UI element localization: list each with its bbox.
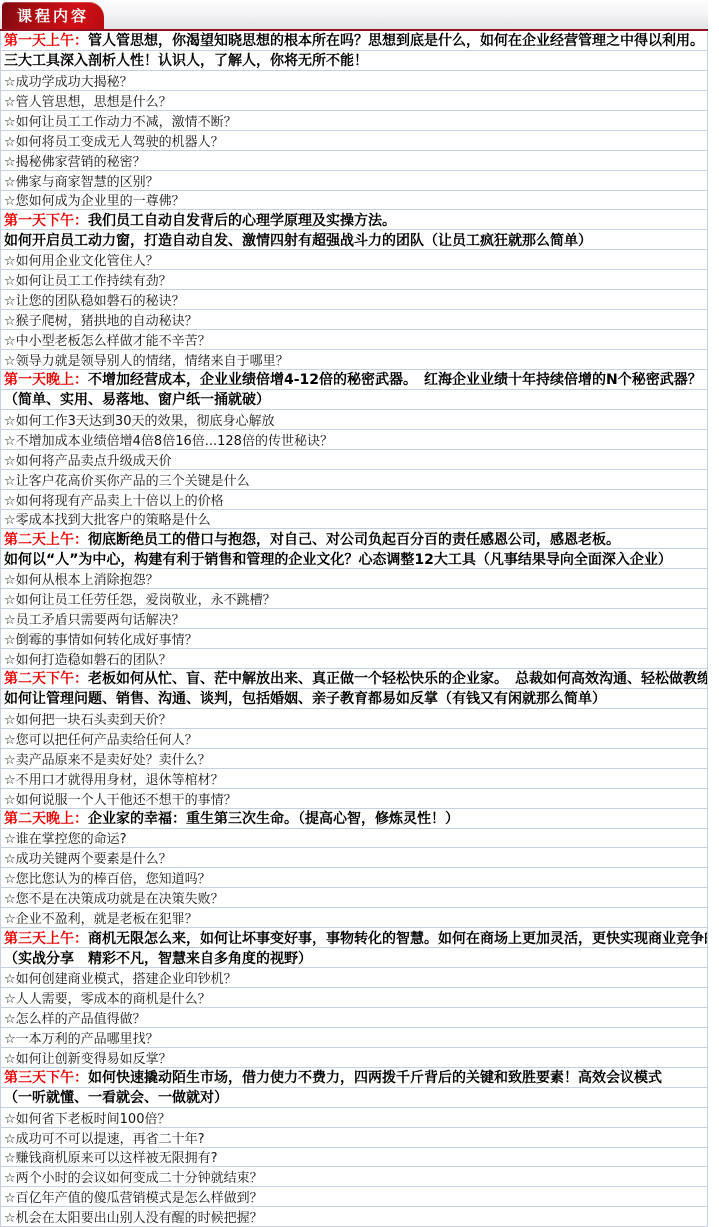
row-text: ☆猴子爬树，猪拱地的自动秘诀？	[4, 310, 198, 329]
section-label: 第一天晚上：	[4, 370, 88, 389]
row-text: ☆如何让创新变得易如反掌？	[4, 1048, 172, 1067]
row-text: 我们员工自动自发背后的心理学原理及实操方法。	[88, 210, 396, 229]
row-text: ☆如何把一块石头卖到天价？	[4, 709, 172, 728]
row-text: ☆企业不盈利，就是老板在犯罪？	[4, 908, 198, 927]
course-content-tab: 课程内容	[2, 2, 104, 29]
row-text: ☆不增加成本业绩倍增4倍8倍16倍...128倍的传世秘诀？	[4, 430, 333, 449]
item-row: ☆不增加成本业绩倍增4倍8倍16倍...128倍的传世秘诀？	[1, 430, 707, 450]
tab-label: 课程内容	[17, 5, 89, 26]
item-row: ☆管人管思想，思想是什么？	[1, 91, 707, 111]
row-text: ☆让客户花高价买你产品的三个关键是什么	[4, 470, 250, 489]
item-row: ☆您比您认为的棒百倍，您知道吗？	[1, 868, 707, 888]
header-band: 课程内容	[0, 0, 708, 31]
row-text: 如何快速撬动陌生市场，借力使力不费力，四两拨千斤背后的关键和致胜要素！高效会议模…	[88, 1068, 662, 1087]
row-text: ☆谁在掌控您的命运?	[4, 829, 127, 848]
course-content-page: 课程内容 第一天上午：管人管思想，你渴望知晓思想的根本所在吗？思想到底是什么，如…	[0, 0, 719, 1227]
row-text: 如何让管理问题、销售、沟通、谈判，包括婚姻、亲子教育都易如反掌（有钱又有闲就那么…	[4, 689, 606, 708]
section-label: 第一天上午：	[4, 31, 88, 50]
section-row: 第二天下午：老板如何从忙、盲、茫中解放出来、真正做一个轻松快乐的企业家。 总裁如…	[1, 669, 707, 689]
section-label: 第二天上午：	[4, 529, 88, 548]
row-text: ☆成功关键两个要素是什么？	[4, 848, 172, 867]
item-row: ☆中小型老板怎么样做才能不辛苦？	[1, 330, 707, 350]
row-text: ☆成功可不可以提速，再省二十年?	[4, 1128, 205, 1147]
row-text: ☆如何省下老板时间100倍？	[4, 1108, 170, 1127]
item-row: ☆佛家与商家智慧的区别？	[1, 171, 707, 191]
item-row: ☆如何将产品卖点升级成天价	[1, 450, 707, 470]
section-label: 第三天下午：	[4, 1068, 88, 1087]
row-text: 彻底断绝员工的借口与抱怨，对自己、对公司负起百分百的责任感恩公司，感恩老板。	[88, 529, 620, 548]
row-text: 如何以“人”为中心，构建有利于销售和管理的企业文化？心态调整12大工具（凡事结果…	[4, 549, 672, 568]
row-text: ☆如何创建商业模式，搭建企业印钞机？	[4, 968, 237, 987]
item-row: ☆如何创建商业模式，搭建企业印钞机？	[1, 968, 707, 988]
item-row: ☆让您的团队稳如磐石的秘诀？	[1, 290, 707, 310]
row-text: ☆员工矛盾只需要两句话解决？	[4, 609, 185, 628]
row-text: 商机无限怎么来，如何让坏事变好事，事物转化的智慧。如何在商场上更加灵活，更快实现…	[88, 928, 707, 947]
row-text: 如何开启员工动力窗，打造自动自发、激情四射有超强战斗力的团队（让员工疯狂就那么简…	[4, 230, 592, 249]
row-text: 三大工具深入剖析人性！认识人，了解人，你将无所不能！	[4, 51, 368, 70]
item-row: ☆如何让员工工作持续有劲？	[1, 270, 707, 290]
item-row: ☆人人需要，零成本的商机是什么？	[1, 988, 707, 1008]
item-row: ☆如何让创新变得易如反掌？	[1, 1048, 707, 1068]
row-text: ☆如何让员工工作持续有劲？	[4, 270, 172, 289]
row-text: ☆领导力就是领导别人的情绪，情绪来自于哪里？	[4, 350, 289, 369]
row-text: 老板如何从忙、盲、茫中解放出来、真正做一个轻松快乐的企业家。 总裁如何高效沟通、…	[88, 669, 707, 688]
item-row: ☆成功可不可以提速，再省二十年?	[1, 1128, 707, 1148]
row-text: （一听就懂、一看就会、一做就对）	[4, 1088, 228, 1107]
row-text: ☆一本万利的产品哪里找？	[4, 1028, 159, 1047]
row-text: 不增加经营成本，企业业绩倍增4-12倍的秘密武器。 红海企业业绩十年持续倍增的N…	[88, 370, 702, 389]
row-text: ☆如何打造稳如磐石的团队？	[4, 649, 172, 668]
item-row: ☆如何从根本上消除抱怨？	[1, 569, 707, 589]
item-row: ☆员工矛盾只需要两句话解决？	[1, 609, 707, 629]
section-row: 第一天上午：管人管思想，你渴望知晓思想的根本所在吗？思想到底是什么，如何在企业经…	[1, 31, 707, 51]
section-row: 第一天下午：我们员工自动自发背后的心理学原理及实操方法。	[1, 210, 707, 230]
row-text: ☆如何用企业文化管住人？	[4, 250, 159, 269]
item-row: ☆揭秘佛家营销的秘密？	[1, 151, 707, 171]
item-row: ☆如何把一块石头卖到天价？	[1, 709, 707, 729]
row-text: ☆百亿年产值的傻瓜营销模式是怎么样做到？	[4, 1187, 263, 1206]
item-row: ☆怎么样的产品值得做？	[1, 1008, 707, 1028]
item-row: ☆机会在太阳要出山别人没有醒的时候把握？	[1, 1207, 707, 1227]
item-row: ☆成功学成功大揭秘？	[1, 71, 707, 91]
subtitle-row: （简单、实用、易落地、窗户纸一捅就破）	[1, 390, 707, 410]
item-row: ☆猴子爬树，猪拱地的自动秘诀？	[1, 310, 707, 330]
row-text: ☆赚钱商机原来可以这样被无限拥有?	[4, 1148, 218, 1167]
row-text: ☆两个小时的会议如何变成二十分钟就结束？	[4, 1167, 263, 1186]
item-row: ☆不用口才就得用身材，退休等棺材？	[1, 769, 707, 789]
section-row: 第三天上午：商机无限怎么来，如何让坏事变好事，事物转化的智慧。如何在商场上更加灵…	[1, 928, 707, 948]
subtitle-row: 如何让管理问题、销售、沟通、谈判，包括婚姻、亲子教育都易如反掌（有钱又有闲就那么…	[1, 689, 707, 709]
item-row: ☆如何打造稳如磐石的团队？	[1, 649, 707, 669]
row-text: ☆零成本找到大批客户的策略是什么	[4, 510, 211, 529]
row-text: （简单、实用、易落地、窗户纸一捅就破）	[4, 390, 270, 409]
section-label: 第二天晚上：	[4, 809, 88, 828]
item-row: ☆谁在掌控您的命运?	[1, 829, 707, 849]
row-text: ☆您不是在决策成功就是在决策失败？	[4, 888, 224, 907]
row-text: ☆管人管思想，思想是什么？	[4, 91, 172, 110]
section-row: 第一天晚上：不增加经营成本，企业业绩倍增4-12倍的秘密武器。 红海企业业绩十年…	[1, 370, 707, 390]
row-text: 企业家的幸福：重生第三次生命。（提高心智，修炼灵性！）	[88, 809, 459, 828]
row-text: ☆如何将现有产品卖上十倍以上的价格	[4, 490, 224, 509]
section-label: 第二天下午：	[4, 669, 88, 688]
item-row: ☆如何将现有产品卖上十倍以上的价格	[1, 490, 707, 510]
item-row: ☆倒霉的事情如何转化成好事情？	[1, 629, 707, 649]
item-row: ☆您可以把任何产品卖给任何人？	[1, 729, 707, 749]
item-row: ☆企业不盈利，就是老板在犯罪？	[1, 908, 707, 928]
section-row: 第二天晚上：企业家的幸福：重生第三次生命。（提高心智，修炼灵性！）	[1, 809, 707, 829]
row-text: ☆您可以把任何产品卖给任何人？	[4, 729, 198, 748]
item-row: ☆成功关键两个要素是什么？	[1, 848, 707, 868]
row-text: ☆如何让员工任劳任怨，爱岗敬业，永不跳槽？	[4, 589, 276, 608]
item-row: ☆如何说服一个人干他还不想干的事情？	[1, 789, 707, 809]
row-text: ☆如何从根本上消除抱怨？	[4, 569, 159, 588]
row-text: ☆成功学成功大揭秘？	[4, 71, 133, 90]
row-text: ☆如何将员工变成无人驾驶的机器人？	[4, 131, 224, 150]
row-text: ☆不用口才就得用身材，退休等棺材？	[4, 769, 224, 788]
row-text: ☆揭秘佛家营销的秘密？	[4, 151, 146, 170]
item-row: ☆如何省下老板时间100倍？	[1, 1108, 707, 1128]
item-row: ☆如何工作3天达到30天的效果，彻底身心解放	[1, 410, 707, 430]
course-rows: 第一天上午：管人管思想，你渴望知晓思想的根本所在吗？思想到底是什么，如何在企业经…	[0, 31, 708, 1227]
row-text: ☆如何工作3天达到30天的效果，彻底身心解放	[4, 410, 274, 429]
item-row: ☆您如何成为企业里的一尊佛？	[1, 191, 707, 211]
section-row: 第三天下午：如何快速撬动陌生市场，借力使力不费力，四两拨千斤背后的关键和致胜要素…	[1, 1068, 707, 1088]
row-text: ☆如何让员工工作动力不减，激情不断？	[4, 111, 237, 130]
item-row: ☆如何将员工变成无人驾驶的机器人？	[1, 131, 707, 151]
row-text: ☆佛家与商家智慧的区别？	[4, 171, 159, 190]
row-text: ☆倒霉的事情如何转化成好事情？	[4, 629, 198, 648]
subtitle-row: 如何开启员工动力窗，打造自动自发、激情四射有超强战斗力的团队（让员工疯狂就那么简…	[1, 230, 707, 250]
item-row: ☆如何用企业文化管住人？	[1, 250, 707, 270]
item-row: ☆两个小时的会议如何变成二十分钟就结束？	[1, 1167, 707, 1187]
row-text: ☆如何说服一个人干他还不想干的事情？	[4, 789, 237, 808]
item-row: ☆如何让员工工作动力不减，激情不断？	[1, 111, 707, 131]
section-label: 第一天下午：	[4, 210, 88, 229]
item-row: ☆卖产品原来不是卖好处？卖什么？	[1, 749, 707, 769]
subtitle-row: （一听就懂、一看就会、一做就对）	[1, 1088, 707, 1108]
item-row: ☆百亿年产值的傻瓜营销模式是怎么样做到？	[1, 1187, 707, 1207]
item-row: ☆如何让员工任劳任怨，爱岗敬业，永不跳槽？	[1, 589, 707, 609]
row-text: ☆卖产品原来不是卖好处？卖什么？	[4, 749, 211, 768]
row-text: ☆中小型老板怎么样做才能不辛苦？	[4, 330, 211, 349]
row-text: ☆您比您认为的棒百倍，您知道吗？	[4, 868, 211, 887]
row-text: ☆怎么样的产品值得做？	[4, 1008, 146, 1027]
row-text: ☆如何将产品卖点升级成天价	[4, 450, 172, 469]
row-text: ☆您如何成为企业里的一尊佛？	[4, 191, 185, 210]
item-row: ☆领导力就是领导别人的情绪，情绪来自于哪里？	[1, 350, 707, 370]
item-row: ☆让客户花高价买你产品的三个关键是什么	[1, 470, 707, 490]
subtitle-row: 如何以“人”为中心，构建有利于销售和管理的企业文化？心态调整12大工具（凡事结果…	[1, 549, 707, 569]
section-row: 第二天上午：彻底断绝员工的借口与抱怨，对自己、对公司负起百分百的责任感恩公司，感…	[1, 529, 707, 549]
item-row: ☆零成本找到大批客户的策略是什么	[1, 510, 707, 530]
row-text: ☆机会在太阳要出山别人没有醒的时候把握？	[4, 1207, 263, 1226]
item-row: ☆一本万利的产品哪里找？	[1, 1028, 707, 1048]
row-text: 管人管思想，你渴望知晓思想的根本所在吗？思想到底是什么，如何在企业经营管理之中得…	[88, 31, 704, 50]
subtitle-row: （实战分享 精彩不凡，智慧来自多角度的视野）	[1, 948, 707, 968]
subtitle-row: 三大工具深入剖析人性！认识人，了解人，你将无所不能！	[1, 51, 707, 71]
row-text: ☆让您的团队稳如磐石的秘诀？	[4, 290, 185, 309]
row-text: （实战分享 精彩不凡，智慧来自多角度的视野）	[4, 948, 312, 967]
item-row: ☆赚钱商机原来可以这样被无限拥有?	[1, 1148, 707, 1168]
row-text: ☆人人需要，零成本的商机是什么？	[4, 988, 211, 1007]
section-label: 第三天上午：	[4, 928, 88, 947]
item-row: ☆您不是在决策成功就是在决策失败？	[1, 888, 707, 908]
